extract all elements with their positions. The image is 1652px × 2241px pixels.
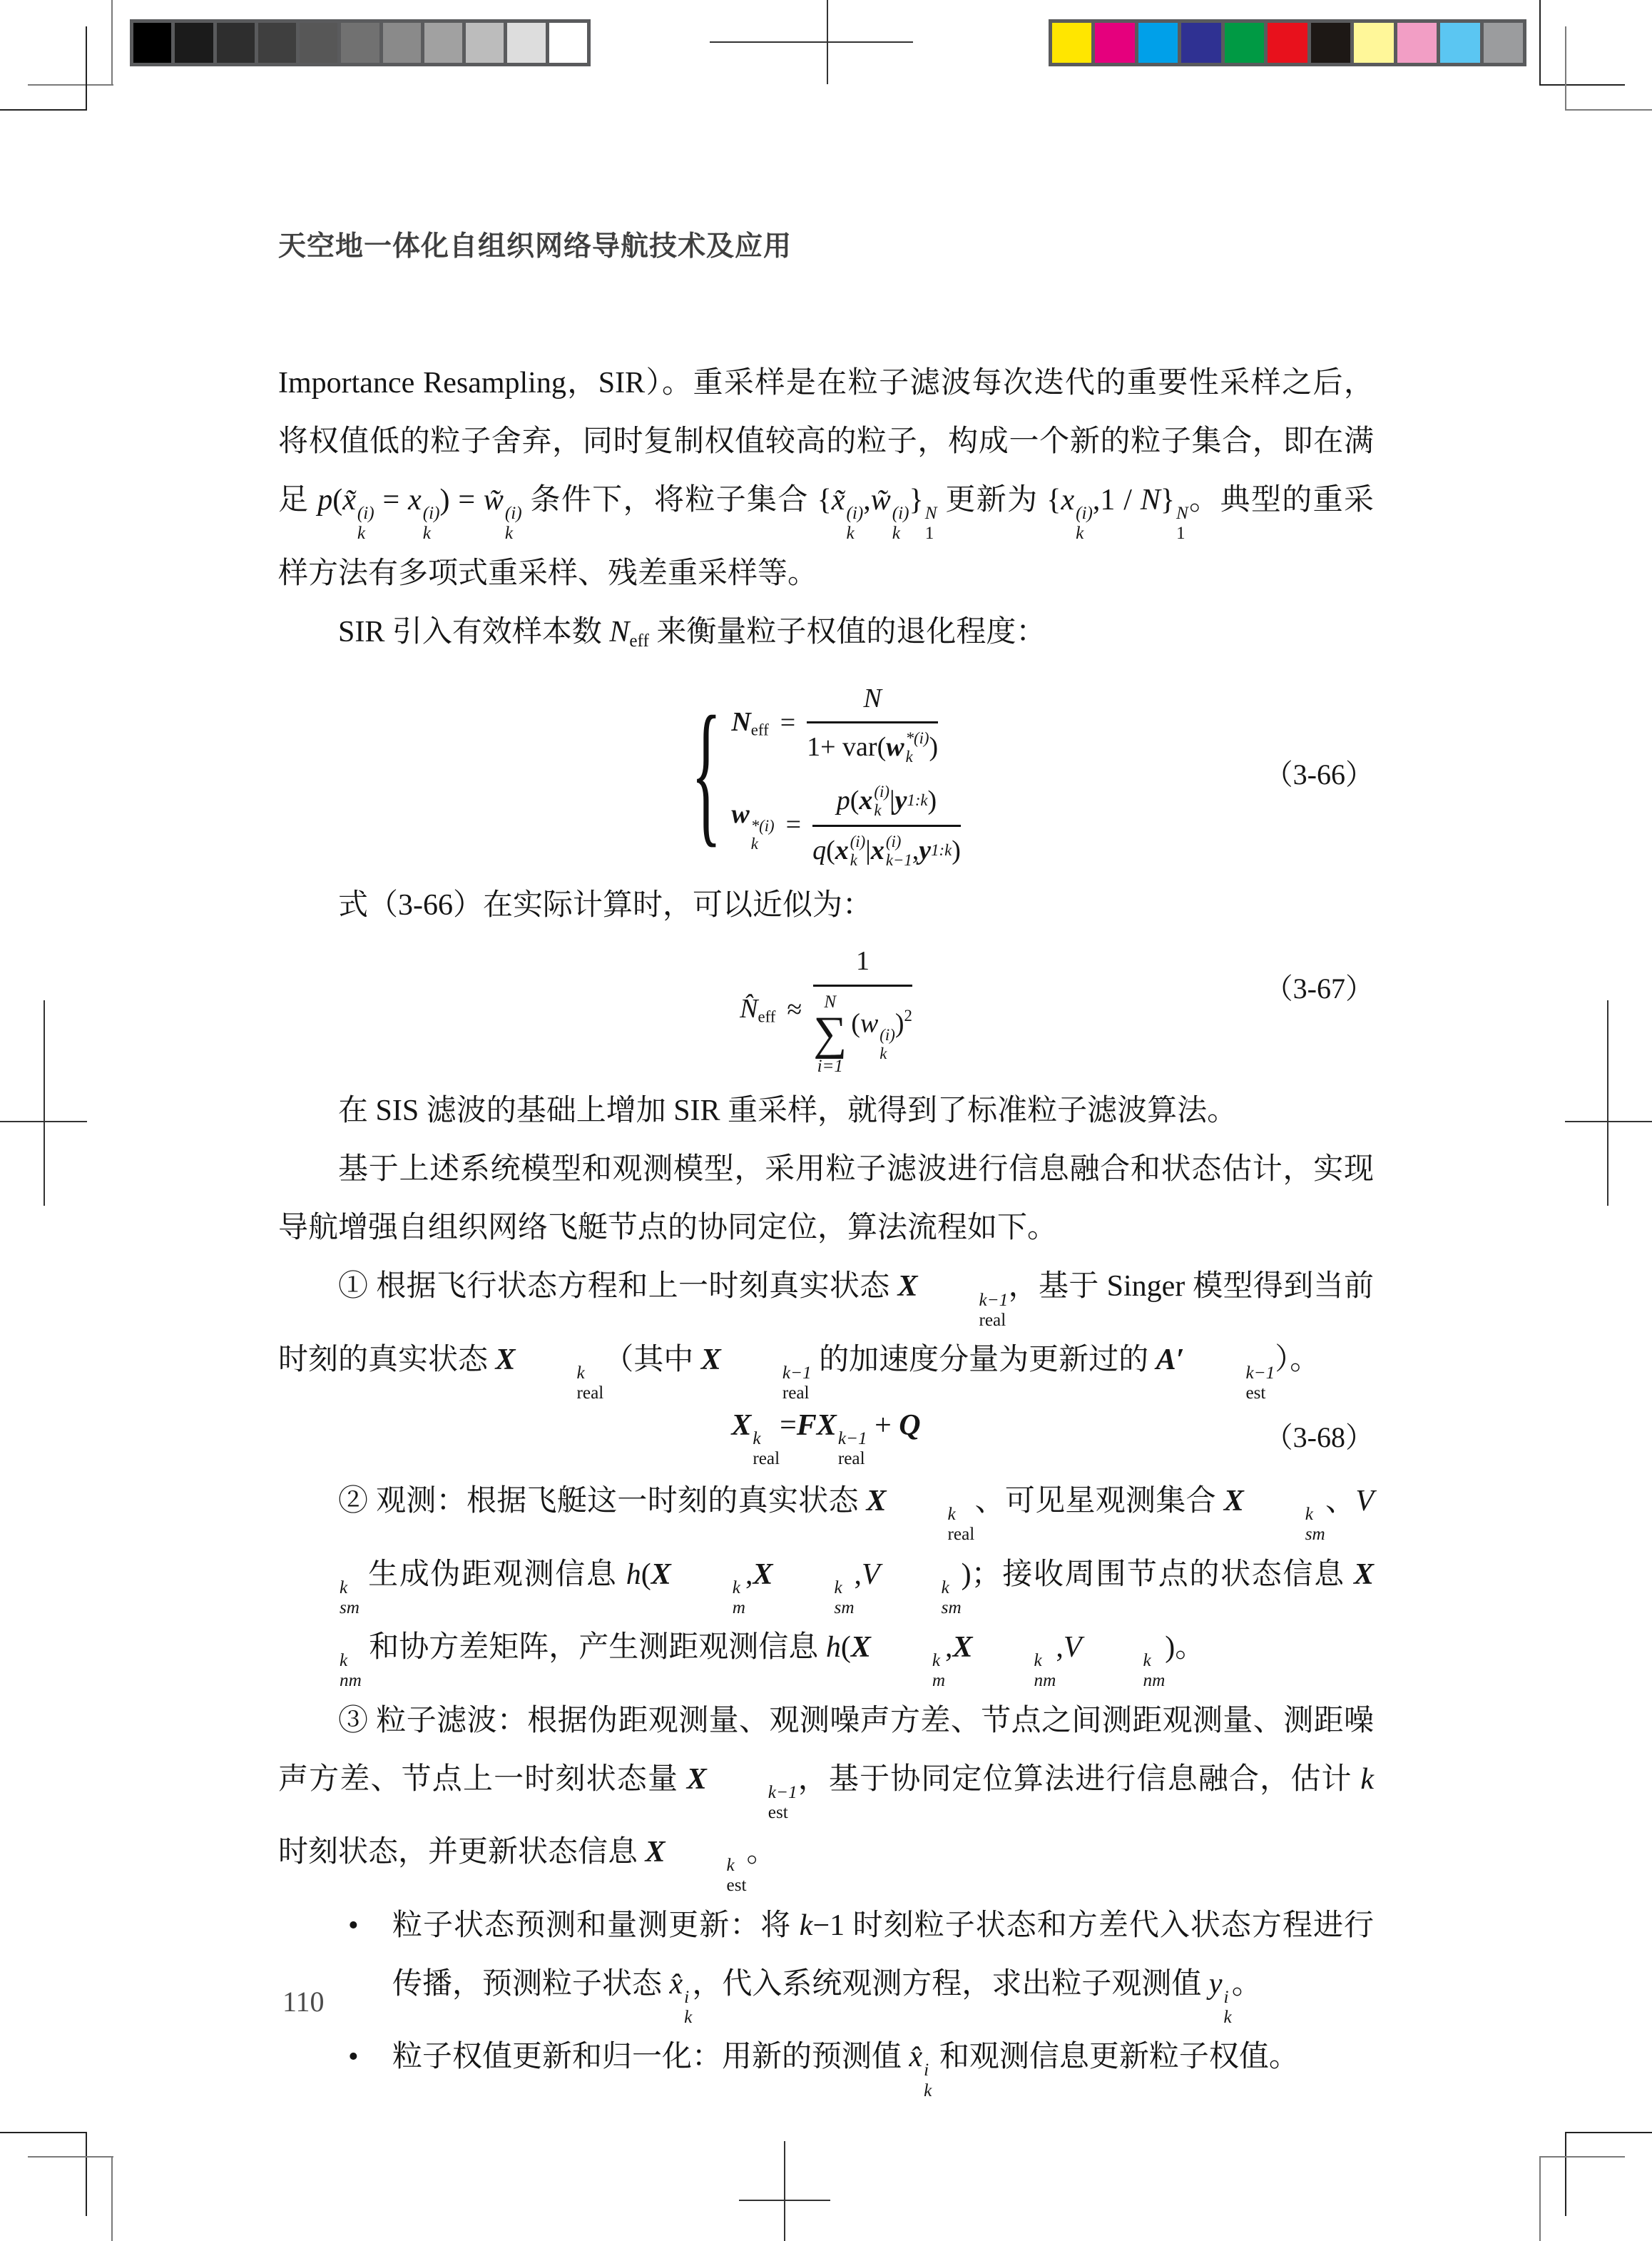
crop-mark-bottom-right-v2	[1539, 2156, 1541, 2241]
paragraph-eq366-note: 式（3-66）在实际计算时，可以近似为：	[278, 876, 1374, 935]
page-number: 110	[282, 1985, 325, 2018]
paragraph-sis-sir: 在 SIS 滤波的基础上增加 SIR 重采样，就得到了标准粒子滤波算法。	[278, 1082, 1374, 1140]
paragraph-model-overview: 基于上述系统模型和观测模型，采用粒子滤波进行信息融合和状态估计，实现导航增强自组…	[278, 1140, 1374, 1257]
color-calibration-bar	[1049, 19, 1526, 66]
equals-sign: =	[780, 706, 795, 741]
eq368-body: Xkreal=FXk−1real + Q	[731, 1407, 920, 1470]
register-cross-top-center-h	[710, 41, 913, 43]
register-cross-bottom-center-v	[784, 2141, 785, 2241]
crop-mark-bottom-left-h2	[28, 2156, 113, 2158]
calibration-swatch	[341, 23, 379, 63]
crop-mark-top-right-h1	[1539, 84, 1625, 86]
crop-mark-top-left-h2	[0, 109, 87, 111]
calibration-swatch	[1225, 23, 1264, 63]
equation-3-67: N̂eff ≈ 1 N ∑ i=1 (w(i)k)2 （3-67）	[278, 943, 1374, 1076]
crop-mark-top-left-v2	[86, 26, 87, 111]
step-1-state-equation: ① 根据飞行状态方程和上一时刻真实状态 Xk−1real，基于 Singer 模…	[278, 1257, 1374, 1403]
crop-mark-bottom-right-h1	[1565, 2132, 1652, 2133]
crop-mark-bottom-right-h2	[1539, 2156, 1625, 2158]
calibration-swatch	[1181, 23, 1220, 63]
equation-brace: {	[691, 675, 721, 875]
crop-mark-top-left-h1	[28, 84, 113, 86]
equation-3-66: { Neff = N 1+ var(w*(i)k) w*(i)k = p(x(i…	[278, 681, 1374, 870]
crop-mark-top-right-v1	[1539, 0, 1541, 86]
eq367-fraction: 1 N ∑ i=1 (w(i)k)2	[813, 943, 912, 1076]
register-cross-right-middle-h	[1565, 1121, 1652, 1122]
eq366-line1-fraction: N 1+ var(w*(i)k)	[807, 681, 938, 766]
page-body: Importance Resampling，SIR）。重采样是在粒子滤波每次迭代…	[278, 354, 1374, 2101]
register-cross-left-middle-v	[44, 1000, 45, 1206]
grayscale-calibration-bar	[130, 19, 591, 66]
bullet-particle-prediction: • 粒子状态预测和量测更新：将 k−1 时刻粒子状态和方差代入状态方程进行传播，…	[278, 1896, 1374, 2028]
bullet-icon: •	[348, 1896, 359, 1955]
sigma-symbol: ∑	[813, 1012, 847, 1057]
eq366-line2-fraction: p(x(i)k | y1:k) q(x(i)k | x(i)k−1,y1:k)	[812, 781, 961, 869]
crop-mark-bottom-right-v1	[1565, 2132, 1566, 2216]
calibration-swatch	[1268, 23, 1307, 63]
calibration-swatch	[1354, 23, 1393, 63]
crop-mark-top-right-h2	[1565, 109, 1652, 111]
register-cross-right-middle-v	[1607, 1000, 1608, 1206]
equation-3-68: Xkreal=FXk−1real + Q （3-68）	[278, 1407, 1374, 1470]
bullet-icon: •	[348, 2028, 359, 2086]
calibration-swatch	[507, 23, 545, 63]
running-head-title: 天空地一体化自组织网络导航技术及应用	[278, 224, 792, 264]
calibration-swatch	[549, 23, 587, 63]
calibration-swatch	[1095, 23, 1134, 63]
calibration-swatch	[217, 23, 255, 63]
crop-mark-bottom-left-v1	[86, 2132, 87, 2216]
step-2-observation: ② 观测：根据飞艇这一时刻的真实状态 Xkreal、可见星观测集合 Xksm、V…	[278, 1472, 1374, 1692]
calibration-swatch	[1397, 23, 1437, 63]
crop-mark-top-right-v2	[1565, 26, 1566, 111]
equation-number: （3-66）	[1265, 757, 1374, 793]
register-cross-bottom-center-h	[739, 2200, 830, 2201]
calibration-swatch	[1440, 23, 1479, 63]
calibration-swatch	[383, 23, 421, 63]
equation-number: （3-68）	[1265, 1420, 1374, 1455]
calibration-swatch	[175, 23, 213, 63]
calibration-swatch	[1311, 23, 1350, 63]
calibration-swatch	[424, 23, 462, 63]
eq366-line1-lhs: Neff	[731, 706, 768, 741]
calibration-swatch	[1138, 23, 1178, 63]
step-3-particle-filter: ③ 粒子滤波：根据伪距观测量、观测噪声方差、节点之间测距观测量、测距噪声方差、节…	[278, 1692, 1374, 1896]
summation: N ∑ i=1	[813, 992, 847, 1077]
equation-number: （3-67）	[1265, 971, 1374, 1007]
crop-mark-top-left-v1	[111, 0, 113, 86]
book-page: 天空地一体化自组织网络导航技术及应用 Importance Resampling…	[0, 0, 1652, 2241]
paragraph-sir-neff: SIR 引入有效样本数 Neff 来衡量粒子权值的退化程度：	[278, 603, 1374, 671]
calibration-swatch	[1484, 23, 1523, 63]
calibration-swatch	[300, 23, 337, 63]
calibration-swatch	[133, 23, 171, 63]
register-cross-left-middle-h	[0, 1121, 87, 1122]
eq366-line2-lhs: w*(i)k	[731, 798, 774, 853]
approx-sign: ≈	[787, 993, 802, 1027]
bullet-weight-update: • 粒子权值更新和归一化：用新的预测值 x̂ik 和观测信息更新粒子权值。	[278, 2028, 1374, 2101]
calibration-swatch	[1052, 23, 1091, 63]
paragraph-resampling-intro: Importance Resampling，SIR）。重采样是在粒子滤波每次迭代…	[278, 354, 1374, 603]
eq367-lhs: N̂eff	[740, 992, 775, 1027]
calibration-swatch	[258, 23, 296, 63]
equals-sign: =	[786, 808, 801, 843]
calibration-swatch	[466, 23, 504, 63]
crop-mark-bottom-left-v2	[111, 2156, 113, 2241]
crop-mark-bottom-left-h1	[0, 2132, 87, 2133]
